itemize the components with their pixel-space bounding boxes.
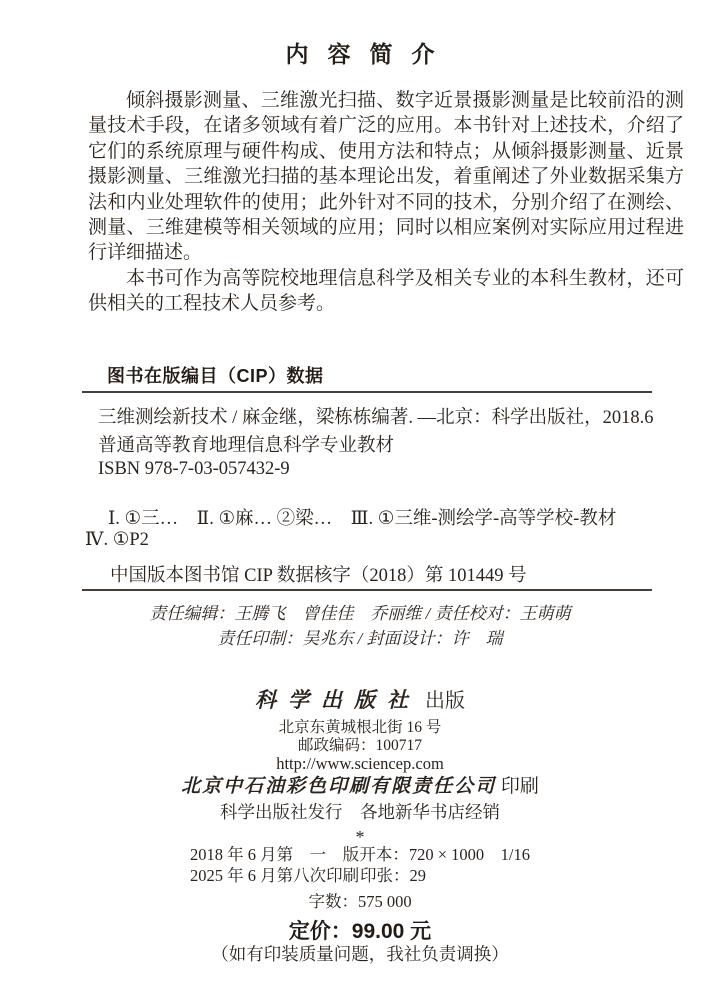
printing-date: 2025 年 6 月第八次印刷: [190, 866, 360, 887]
staff-editors-line: 责任编辑：王腾飞 曾佳佳 乔丽维 / 责任校对：王萌萌: [0, 601, 720, 626]
word-count: 字数：575 000: [190, 892, 530, 912]
intro-paragraph-2: 本书可作为高等院校地理信息科学及相关专业的本科生教材，还可供相关的工程技术人员参…: [88, 266, 684, 317]
edition-date: 2018 年 6 月第 一 版: [190, 845, 359, 866]
intro-section: 倾斜摄影测量、三维激光扫描、数字近景摄影测量是比较前沿的测量技术手段，在诸多领域…: [88, 88, 684, 317]
sheet-count: 印张：29: [360, 866, 530, 887]
publisher-suffix: 出版: [420, 690, 465, 712]
publisher-postcode: 邮政编码：100717: [0, 737, 720, 755]
format-spec: 开本：720 × 1000 1/16: [359, 845, 530, 866]
cip-heading: 图书在版编目（CIP）数据: [107, 362, 324, 388]
cip-rule-top: [82, 391, 652, 393]
edition-block: 2018 年 6 月第 一 版 开本：720 × 1000 1/16 2025 …: [190, 845, 530, 944]
page-title: 内容简介: [0, 36, 720, 69]
publisher-address: 北京东黄城根北街 16 号: [0, 719, 720, 737]
cip-rule-bottom: [82, 589, 652, 591]
publisher-website: http://www.sciencep.com: [0, 755, 720, 773]
divider-asterisk: *: [0, 827, 720, 847]
intro-paragraph-1: 倾斜摄影测量、三维激光扫描、数字近景摄影测量是比较前沿的测量技术手段，在诸多领域…: [88, 88, 684, 266]
cip-classification-line-2: Ⅳ. ①P2: [85, 529, 149, 551]
edition-row-1: 2018 年 6 月第 一 版 开本：720 × 1000 1/16: [190, 845, 530, 866]
quality-note: （如有印装质量问题，我社负责调换）: [0, 941, 720, 966]
cip-isbn-line: ISBN 978-7-03-057432-9: [98, 459, 290, 480]
cip-section: 图书在版编目（CIP）数据 三维测绘新技术 / 麻金继，梁栋栋编著. —北京：科…: [82, 360, 652, 594]
cip-series-line: 普通高等教育地理信息科学专业教材: [98, 431, 394, 457]
staff-credits: 责任编辑：王腾飞 曾佳佳 乔丽维 / 责任校对：王萌萌 责任印制：吴兆东 / 封…: [0, 601, 720, 651]
staff-printing-design-line: 责任印制：吴兆东 / 封面设计：许 瑞: [0, 626, 720, 651]
publisher-line: 科学出版社 出版: [0, 686, 720, 715]
cip-record-number: 中国版本图书馆 CIP 数据核字（2018）第 101449 号: [110, 561, 527, 587]
cip-classification-line-1: Ⅰ. ①三… Ⅱ. ①麻… ②梁… Ⅲ. ①三维-测绘学-高等学校-教材: [108, 504, 616, 530]
edition-row-2: 2025 年 6 月第八次印刷 印张：29: [190, 866, 530, 887]
printer-line: 北京中石油彩色印刷有限责任公司 印刷: [0, 775, 720, 799]
publisher-name: 科学出版社: [255, 688, 420, 712]
distribution-line: 科学出版社发行 各地新华书店经销: [0, 801, 720, 823]
printer-suffix: 印刷: [496, 776, 539, 797]
publisher-block: 科学出版社 出版 北京东黄城根北街 16 号 邮政编码：100717 http:…: [0, 686, 720, 847]
printer-name: 北京中石油彩色印刷有限责任公司: [181, 776, 496, 797]
cip-title-line: 三维测绘新技术 / 麻金继，梁栋栋编著. —北京：科学出版社，2018.6: [98, 403, 654, 429]
